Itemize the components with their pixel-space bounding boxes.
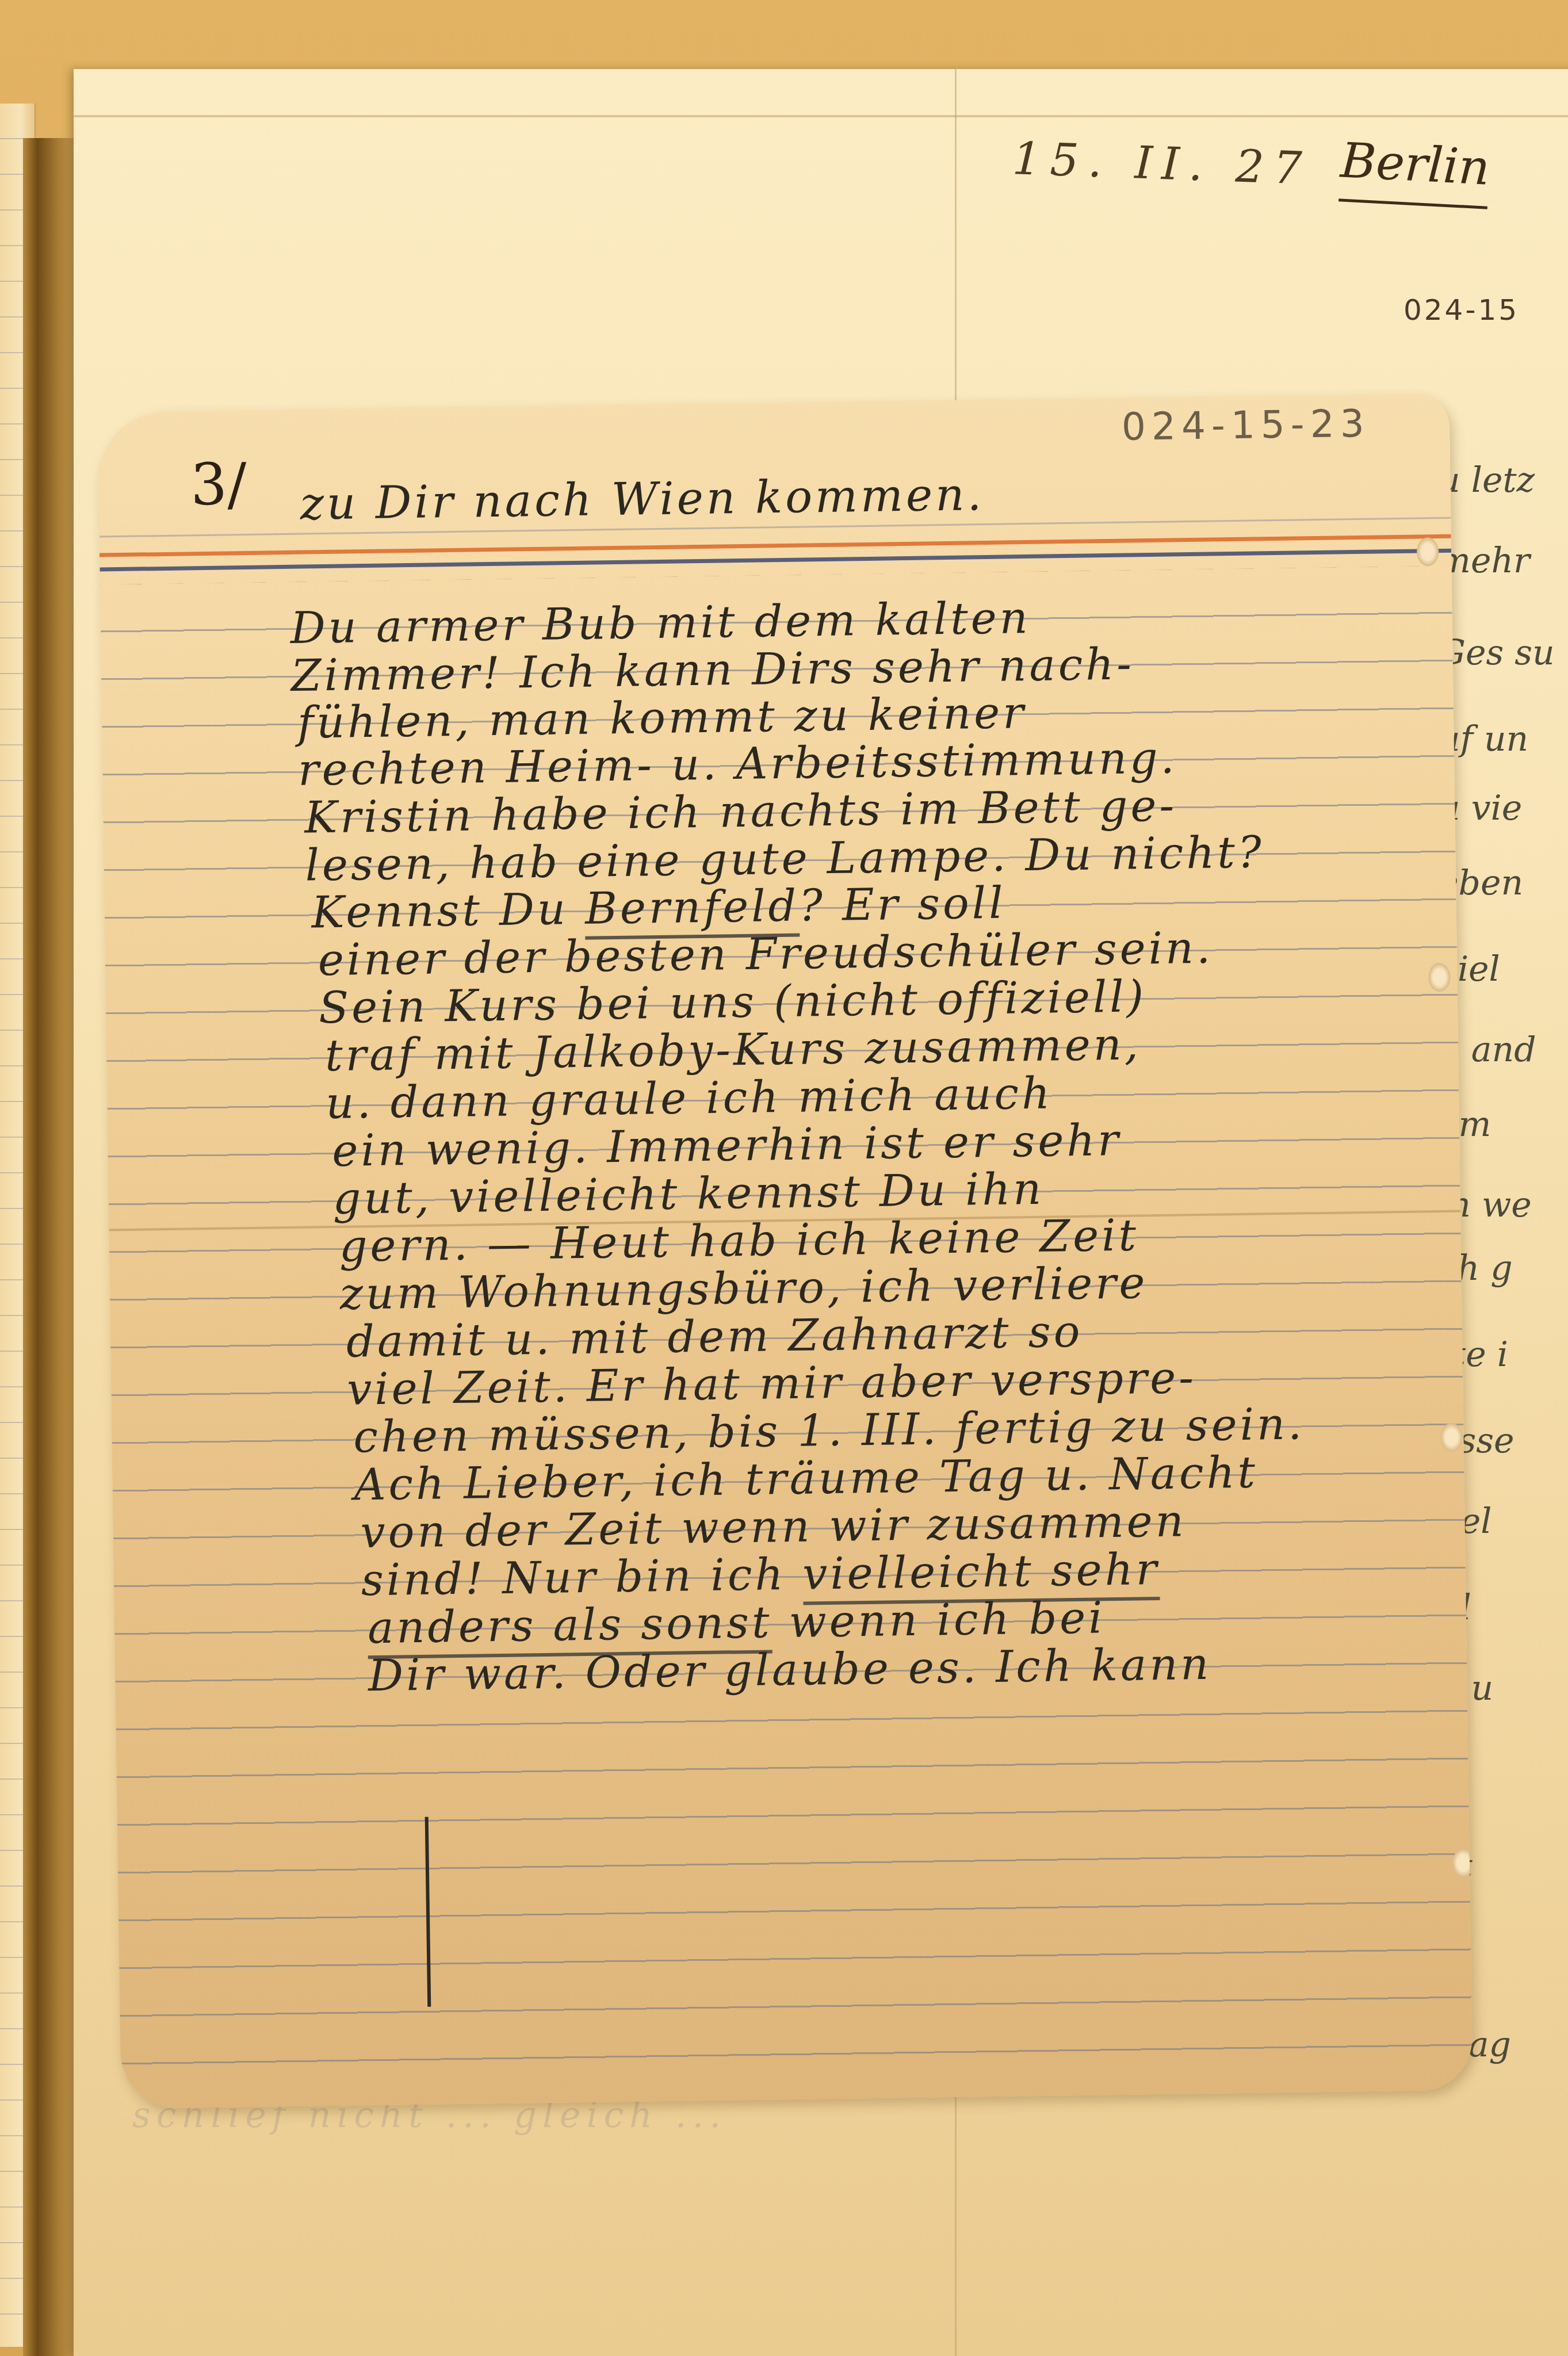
letter-date: 15. II. 27 (1012, 133, 1312, 195)
fragment: uf un (1438, 719, 1568, 759)
fragment: mehr (1438, 541, 1568, 581)
fragment: u letz (1438, 460, 1568, 500)
fragment: eben (1438, 863, 1568, 903)
fragment: viel (1438, 949, 1568, 989)
punch-hole (1428, 963, 1451, 992)
fragment: Ges su (1438, 633, 1568, 673)
text-segment: Kennst Du (311, 883, 586, 938)
punch-hole (1440, 1423, 1463, 1452)
binding-gutter (23, 138, 81, 2356)
text-segment: wenn ich bei (772, 1592, 1106, 1647)
archive-number-under: 024-15 (1403, 293, 1519, 327)
page-number: 3/ (190, 450, 247, 518)
archive-number: 024-15-23 (1122, 401, 1371, 449)
punch-hole (1417, 537, 1439, 567)
note-card: 3/ 024-15-23 zu Dir nach Wien kommen. Du… (98, 393, 1473, 2109)
text-segment: ? Er soll (799, 877, 1006, 931)
letter-place: Berlin (1338, 132, 1491, 209)
text-line: zu Dir nach Wien kommen. (300, 469, 985, 530)
fragment: u vie (1438, 788, 1568, 828)
